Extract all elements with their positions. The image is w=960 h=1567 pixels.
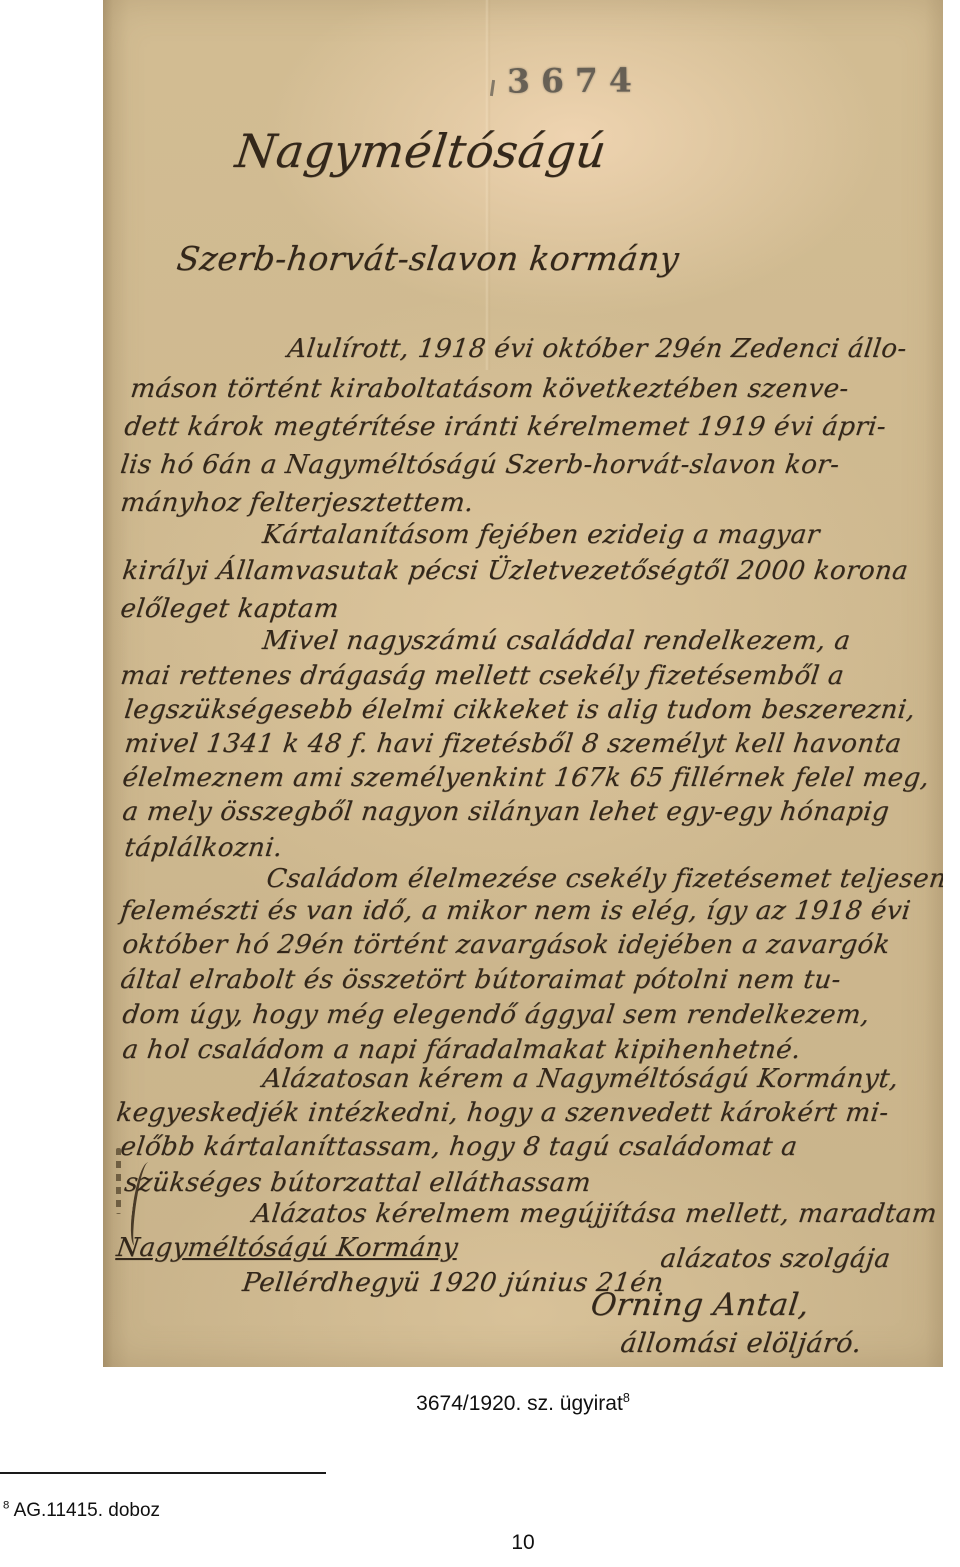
handwritten-line: október hó 29én történt zavargások idejé… <box>121 932 891 958</box>
page-number: 10 <box>103 1531 943 1555</box>
handwritten-line: táplálkozni. <box>123 835 284 861</box>
handwritten-line: élelmeznem ami személyenkint 167k 65 fil… <box>121 765 931 791</box>
handwritten-line: dett károk megtérítése iránti kérelmemet… <box>123 414 888 440</box>
handwritten-line: lis hó 6án a Nagyméltóságú Szerb-horvát-… <box>119 452 841 478</box>
handwritten-line: Mivel nagyszámú családdal rendelkezem, a <box>261 628 852 654</box>
handwritten-line: állomási elöljáró. <box>619 1330 863 1357</box>
footnote-separator <box>0 1472 326 1474</box>
handwritten-line: alázatos szolgája <box>659 1246 892 1272</box>
scanned-letter: 3674 NagyméltóságúSzerb-horvát-slavon ko… <box>103 0 943 1367</box>
handwritten-line: Alulírott, 1918 évi október 29én Zedenci… <box>286 336 908 362</box>
handwritten-line: Alázatosan kérem a Nagyméltóságú Kormány… <box>261 1066 900 1092</box>
handwritten-line: mivel 1341 k 48 f. havi fizetésből 8 sze… <box>123 731 903 757</box>
handwritten-line: Kártalanításom fejében ezideig a magyar <box>261 522 821 548</box>
handwritten-line: Nagyméltóságú <box>233 128 609 174</box>
handwritten-line: Nagyméltóságú Kormány <box>115 1235 460 1261</box>
footnote-text: AG.11415. doboz <box>14 1500 160 1521</box>
handwritten-line: a mely összegből nagyon silányan lehet e… <box>121 799 891 825</box>
footnote-marker: 8 <box>3 1500 9 1512</box>
document-page: 3674 NagyméltóságúSzerb-horvát-slavon ko… <box>0 0 960 1567</box>
edge-mark <box>116 1148 121 1214</box>
figure-caption: 3674/1920. sz. ügyirat8 <box>103 1392 943 1416</box>
handwritten-line: felemészti és van idő, a mikor nem is el… <box>119 898 912 924</box>
stamp-tick-mark <box>490 80 495 96</box>
handwritten-line: Szerb-horvát-slavon kormány <box>175 242 681 275</box>
handwritten-line: dom úgy, hogy még elegendő ággyal sem re… <box>121 1002 871 1028</box>
handwritten-line: szükséges bútorzattal elláthassam <box>123 1170 592 1196</box>
handwritten-line: Alázatos kérelmem megújjítása mellett, m… <box>251 1201 943 1227</box>
handwritten-line: kegyeskedjék intézkedni, hogy a szenvede… <box>115 1100 890 1126</box>
caption-text: 3674/1920. sz. ügyirat <box>416 1392 623 1415</box>
handwritten-line: királyi Államvasutak pécsi Üzletvezetősé… <box>121 558 910 584</box>
handwritten-line: előbb kártalaníttassam, hogy 8 tagú csal… <box>119 1134 799 1160</box>
footnote-reference: 8 <box>623 1391 630 1405</box>
registry-stamp-number: 3674 <box>507 63 643 97</box>
handwritten-line: a hol családom a napi fáradalmakat kipih… <box>121 1037 802 1063</box>
handwritten-line: mai rettenes drágaság mellett csekély fi… <box>119 663 846 689</box>
handwritten-line: mányhoz felterjesztettem. <box>119 490 475 516</box>
handwritten-line: által elrabolt és összetört bútoraimat p… <box>119 967 842 993</box>
handwritten-line: Orning Antal, <box>589 1290 811 1321</box>
paper-crease <box>485 0 491 370</box>
handwritten-line: Családom élelmezése csekély fizetésemet … <box>265 866 943 892</box>
handwritten-line: máson történt kiraboltatásom következtéb… <box>129 376 850 402</box>
handwritten-line: legszükségesebb élelmi cikkeket is alig … <box>123 697 917 723</box>
handwritten-line: előleget kaptam <box>119 596 341 622</box>
footnote: 8 AG.11415. doboz <box>3 1500 160 1522</box>
